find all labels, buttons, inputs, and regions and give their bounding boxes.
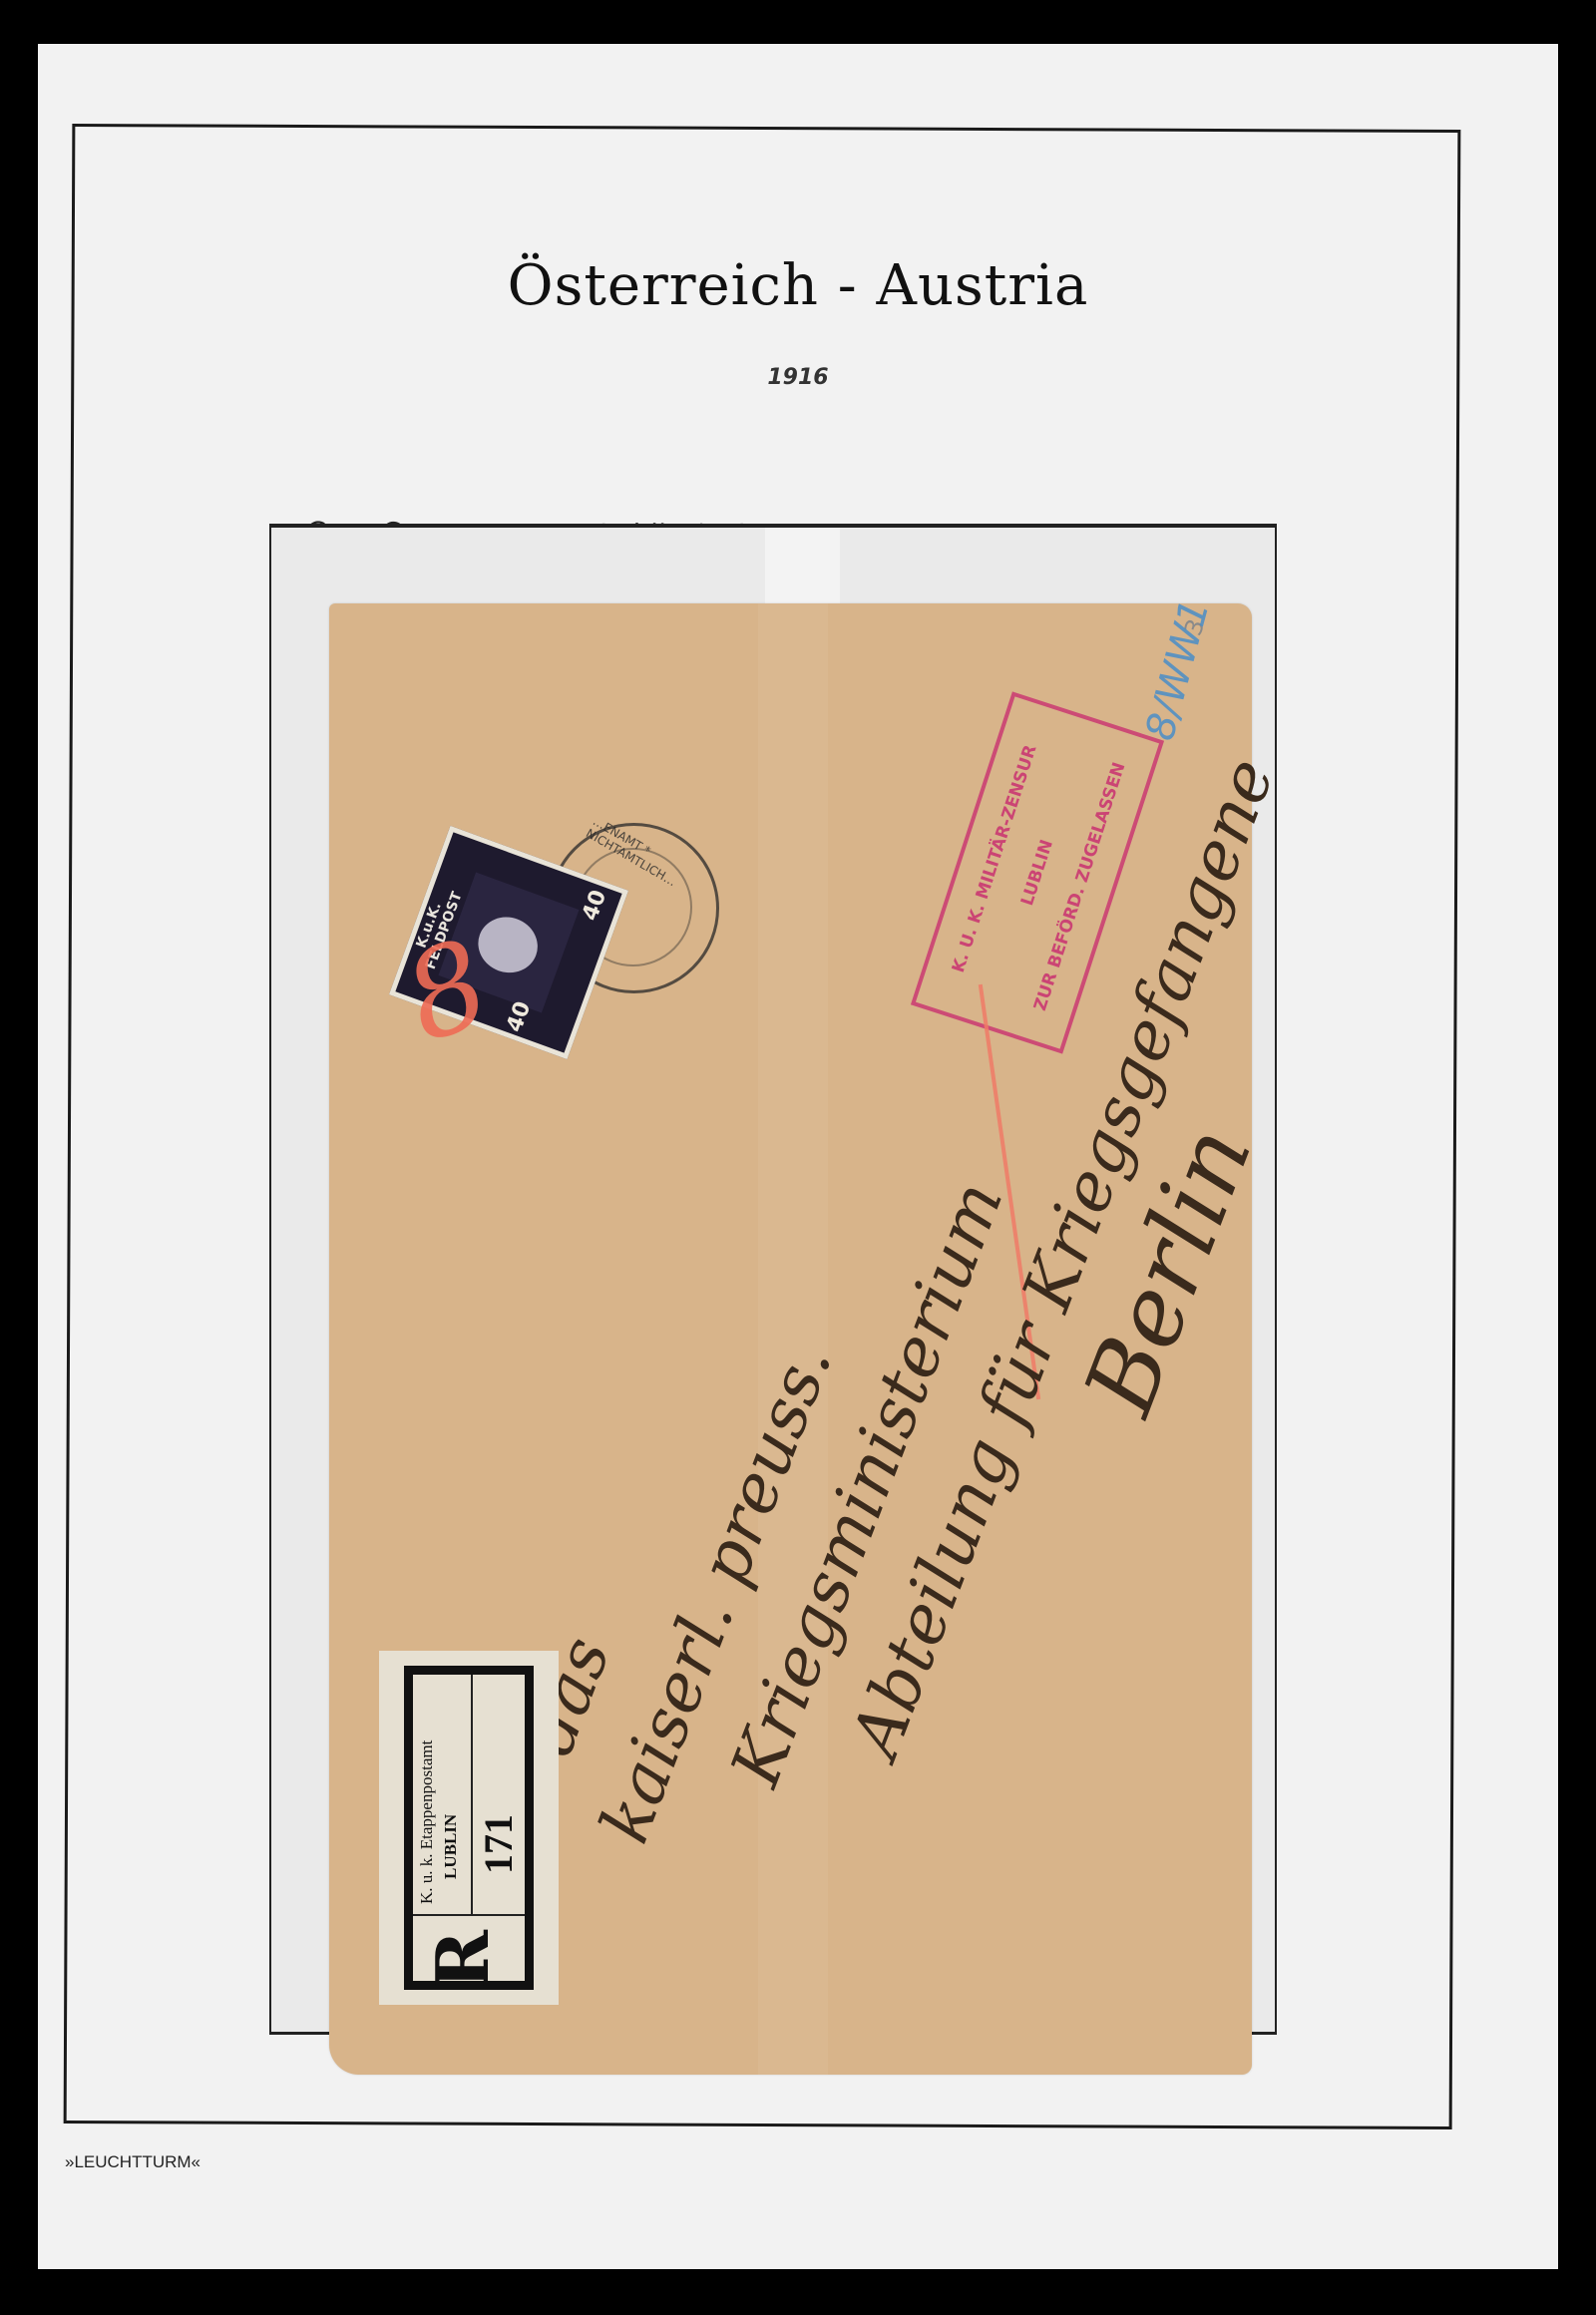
page-year: 1916 (38, 365, 1558, 390)
stamp-value-top: 40 (579, 887, 612, 924)
registration-city: LUBLIN (441, 1814, 461, 1879)
registration-letter: R (427, 1930, 499, 1990)
album-page: Österreich - Austria 1916 Gen.-Gouvernem… (38, 44, 1558, 2269)
registered-cover: 3 …ENAMT * NICHTAMTLICH… K.u.K. FELDPOST… (329, 603, 1252, 2075)
registration-label-border: R K. u. k. Etappenpostamt LUBLIN 171 (404, 1666, 534, 1990)
registration-office: K. u. k. Etappenpostamt (417, 1740, 437, 1904)
page-title: Österreich - Austria (38, 253, 1558, 318)
emperor-portrait-icon (471, 909, 546, 980)
leuchtturm-brand: »LEUCHTTURM« (65, 2152, 200, 2172)
label-divider (413, 1914, 525, 1916)
label-divider (471, 1675, 473, 1914)
registration-number: 171 (475, 1814, 522, 1874)
registration-label: R K. u. k. Etappenpostamt LUBLIN 171 (379, 1651, 559, 2005)
